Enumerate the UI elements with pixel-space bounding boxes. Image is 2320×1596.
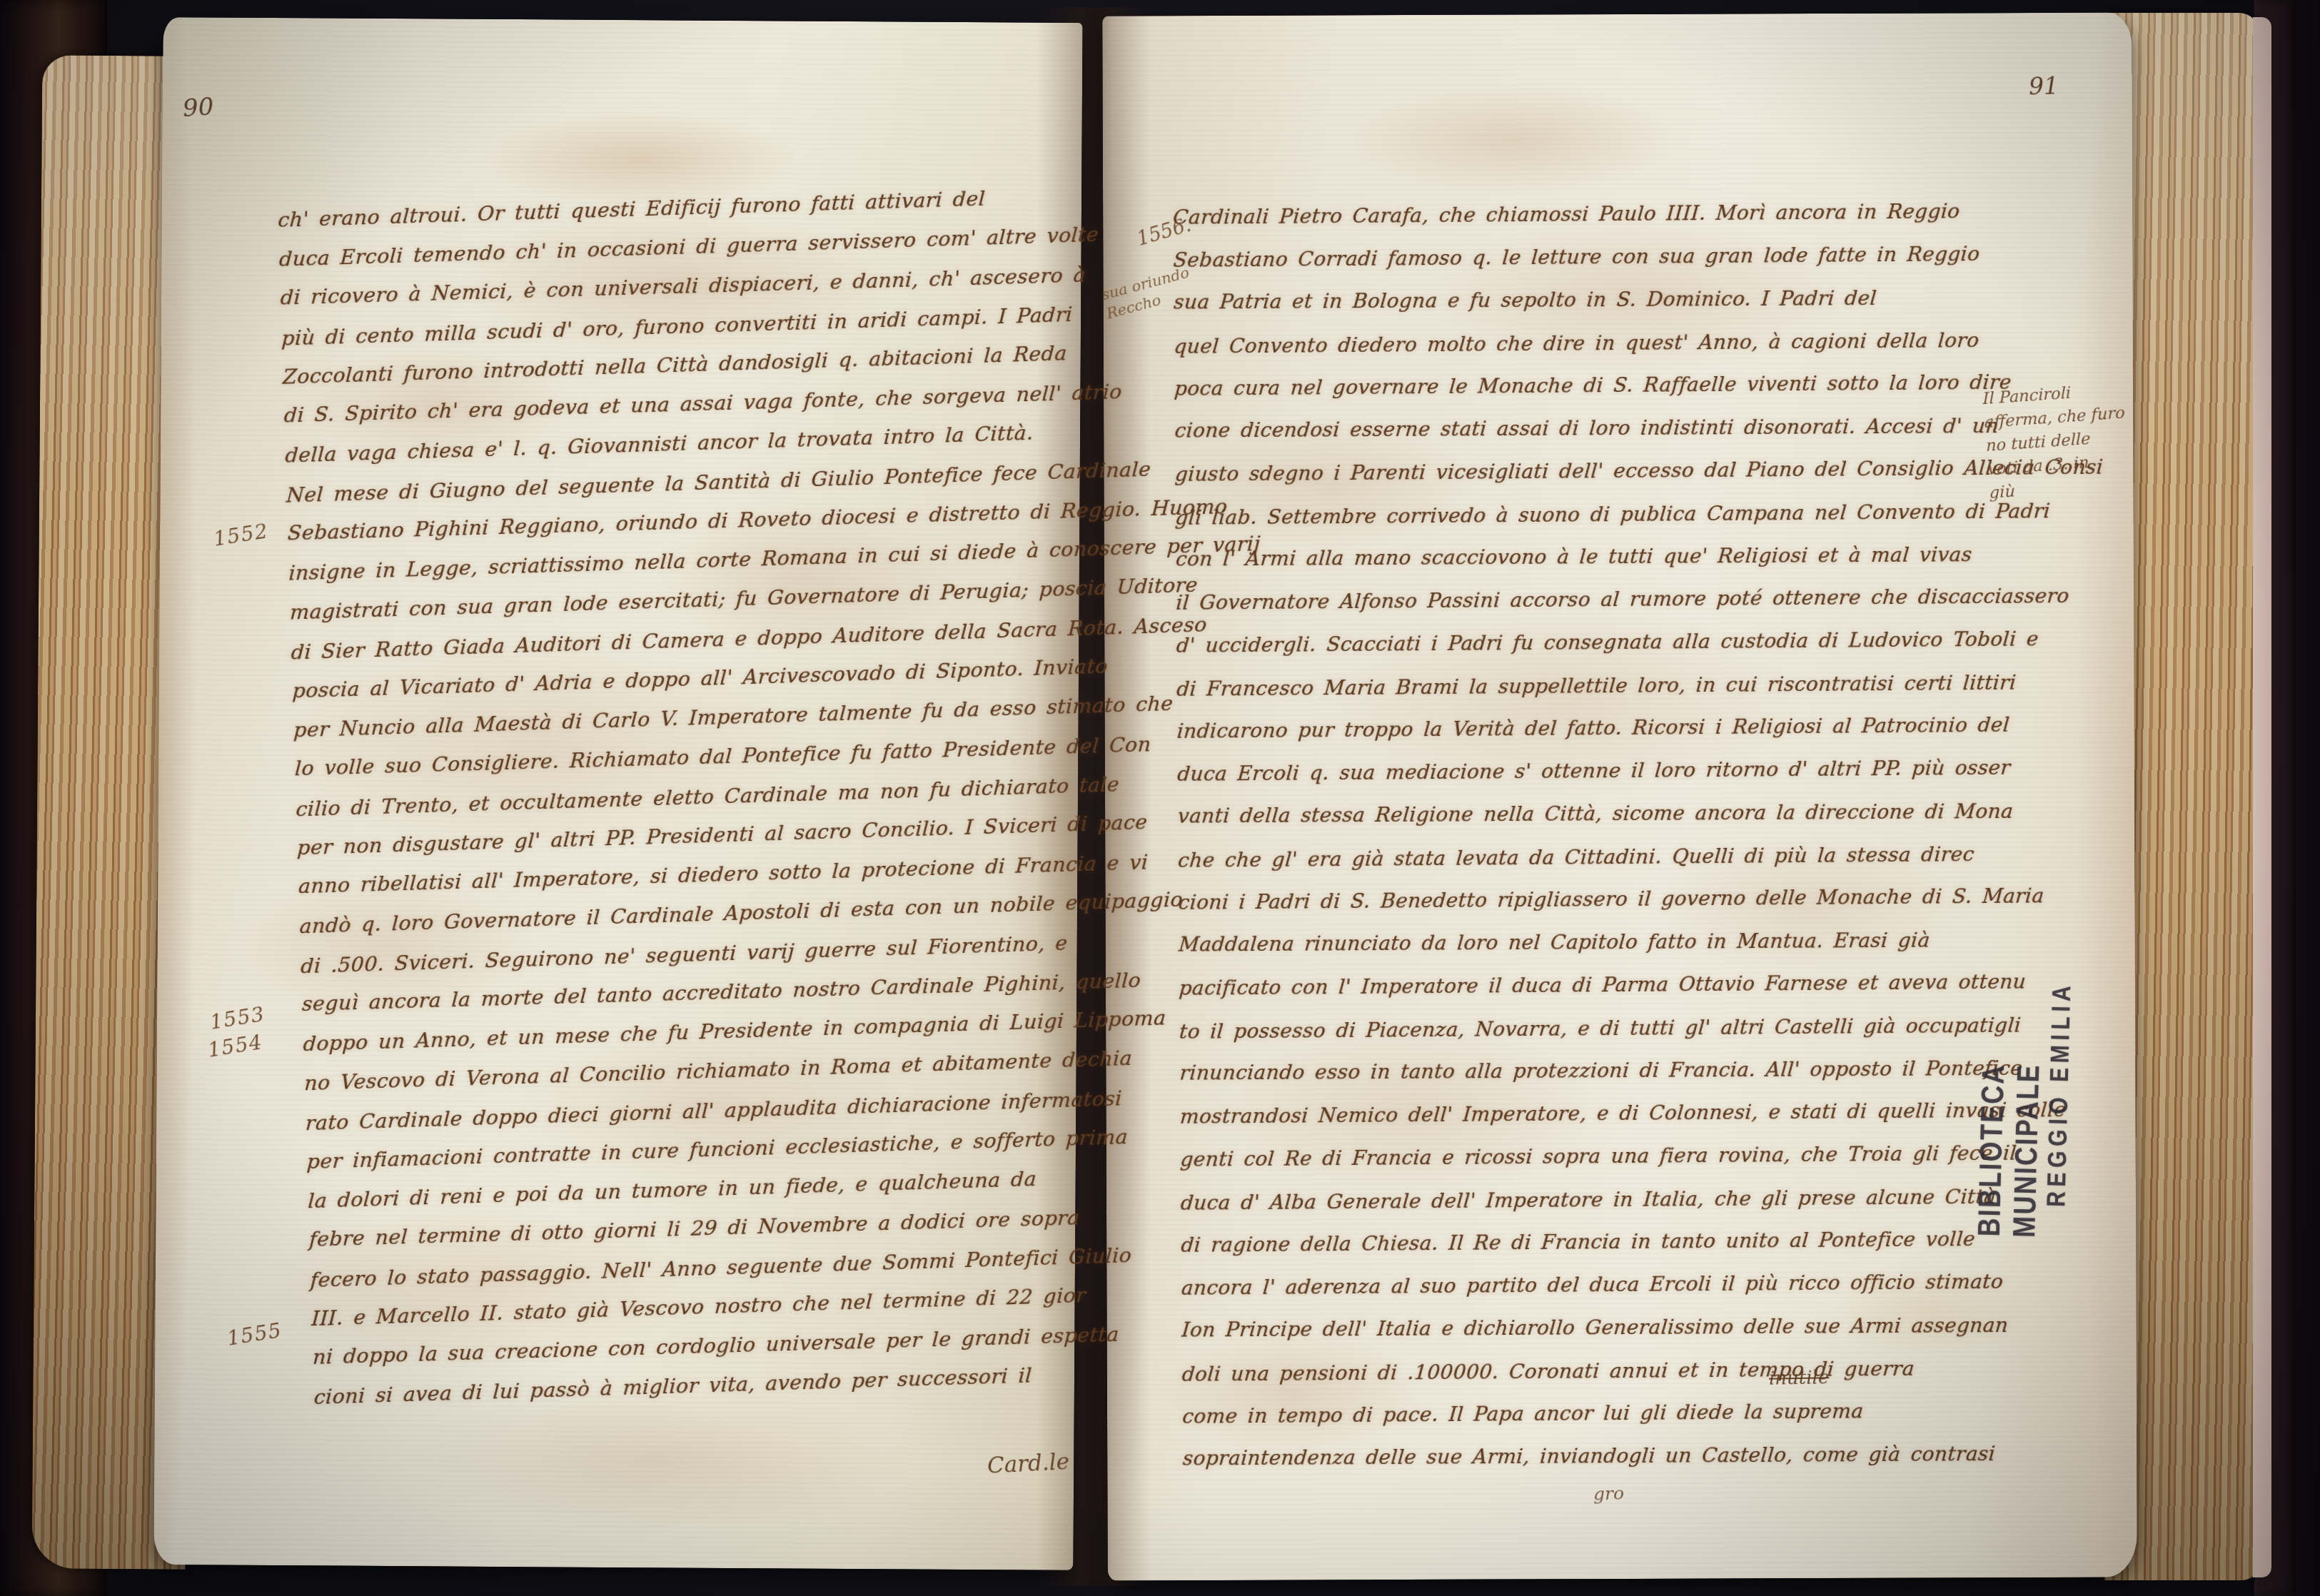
manuscript-line: Maddalena rinunciato da loro nel Capitol…	[1176, 928, 2009, 976]
manuscript-line: che che gl' era già stata levata da Citt…	[1176, 842, 2009, 892]
manuscript-line: d' uccidergli. Scacciati i Padri fu cons…	[1174, 627, 2007, 677]
manuscript-line: come in tempo di pace. Il Papa ancor lui…	[1180, 1398, 2013, 1448]
manuscript-line: duca d' Alba Generale dell' Imperatore i…	[1179, 1185, 2012, 1234]
manuscript-line: rinunciando esso in tanto alla protezzio…	[1177, 1056, 2010, 1104]
manuscript-line: con l' Armi alla mano scacciovono à le t…	[1174, 542, 2007, 590]
manuscript-line: Ion Principe dell' Italia e dichiarollo …	[1179, 1313, 2012, 1361]
library-stamp-name: BIBLIOTECA MUNICIPALE	[1972, 939, 2050, 1238]
manuscript-line: quel Convento diedero molto che dire in …	[1171, 328, 2004, 378]
manuscript-line: di ragione della Chiesa. Il Re di Franci…	[1179, 1227, 2012, 1276]
manuscript-line: di Francesco Maria Brami la suppellettil…	[1174, 671, 2007, 720]
manuscript-line: mostrandosi Nemico dell' Imperatore, e d…	[1178, 1098, 2011, 1148]
manuscript-line: sopraintendenza delle sue Armi, inviando…	[1181, 1442, 2014, 1490]
manuscript-line: vanti della stessa Religione nella Città…	[1175, 799, 2008, 847]
manuscript-line: Sebastiano Corradi famoso q. le letture …	[1171, 242, 2004, 291]
left-page-text-block: ch' erano altroui. Or tutti questi Edifi…	[277, 184, 1105, 1425]
catchword-right: gro	[1593, 1483, 1625, 1504]
right-margin-note: Il Panciroliafferma, che furono tutti de…	[1982, 378, 2132, 505]
page-number-right: 91	[2028, 71, 2059, 100]
right-page-text-block: Cardinali Pietro Carafa, che chiamossi P…	[1172, 199, 2012, 1490]
catchword-left: Card.le	[987, 1449, 1070, 1479]
manuscript-line: ancora l' aderenza al suo partito del du…	[1179, 1270, 2012, 1319]
manuscript-line: sua Patria et in Bologna e fu sepolto in…	[1171, 286, 2004, 333]
manuscript-line: poca cura nel governare le Monache di S.…	[1172, 370, 2005, 420]
manuscript-line: indicarono pur troppo la Verità del fatt…	[1175, 713, 2008, 762]
manuscript-line: pacificato con l' Imperatore il duca di …	[1176, 970, 2009, 1019]
manuscript-line: il Governatore Alfonso Passini accorso a…	[1174, 585, 2007, 634]
manuscript-line: cioni i Padri di S. Benedetto ripigliass…	[1176, 884, 2009, 934]
struck-through-word: inutile	[1769, 1367, 1830, 1389]
manuscript-line: genti col Re di Francia e ricossi sopra …	[1178, 1141, 2011, 1191]
photograph-of-open-manuscript: 90 ch' erano altroui. Or tutti questi Ed…	[0, 0, 2320, 1596]
manuscript-line: Cardinali Pietro Carafa, che chiamossi P…	[1171, 199, 2004, 248]
manuscript-line: duca Ercoli q. sua mediacione s' ottenne…	[1175, 756, 2008, 805]
manuscript-line: giusto sdegno i Parenti vicesigliati del…	[1173, 456, 2006, 505]
manuscript-line: cione dicendosi esserne stati assai di l…	[1172, 414, 2005, 462]
page-number-left: 90	[182, 93, 215, 123]
manuscript-line: to il possesso di Piacenza, Novarra, e d…	[1177, 1014, 2010, 1063]
manuscript-line: doli una pensioni di .100000. Coronati a…	[1179, 1356, 2012, 1405]
manuscript-line: gli liab. Settembre corrivedo à suono di…	[1173, 500, 2006, 549]
